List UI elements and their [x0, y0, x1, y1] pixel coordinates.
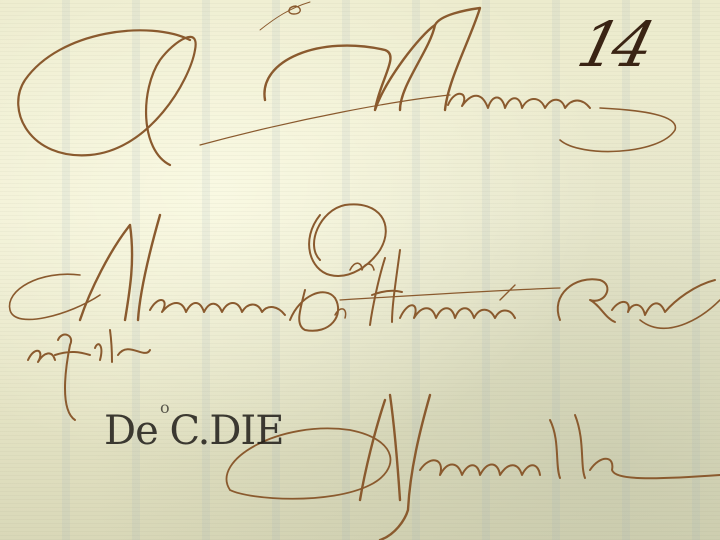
postal-stamp-superscript: o	[160, 398, 170, 417]
script-flourish-icon	[0, 0, 720, 540]
letter-paper: 14 De C.DIE o A Messieurs Messieurs Gu. …	[0, 0, 720, 540]
postal-town-stamp: De C.DIE	[104, 408, 283, 454]
